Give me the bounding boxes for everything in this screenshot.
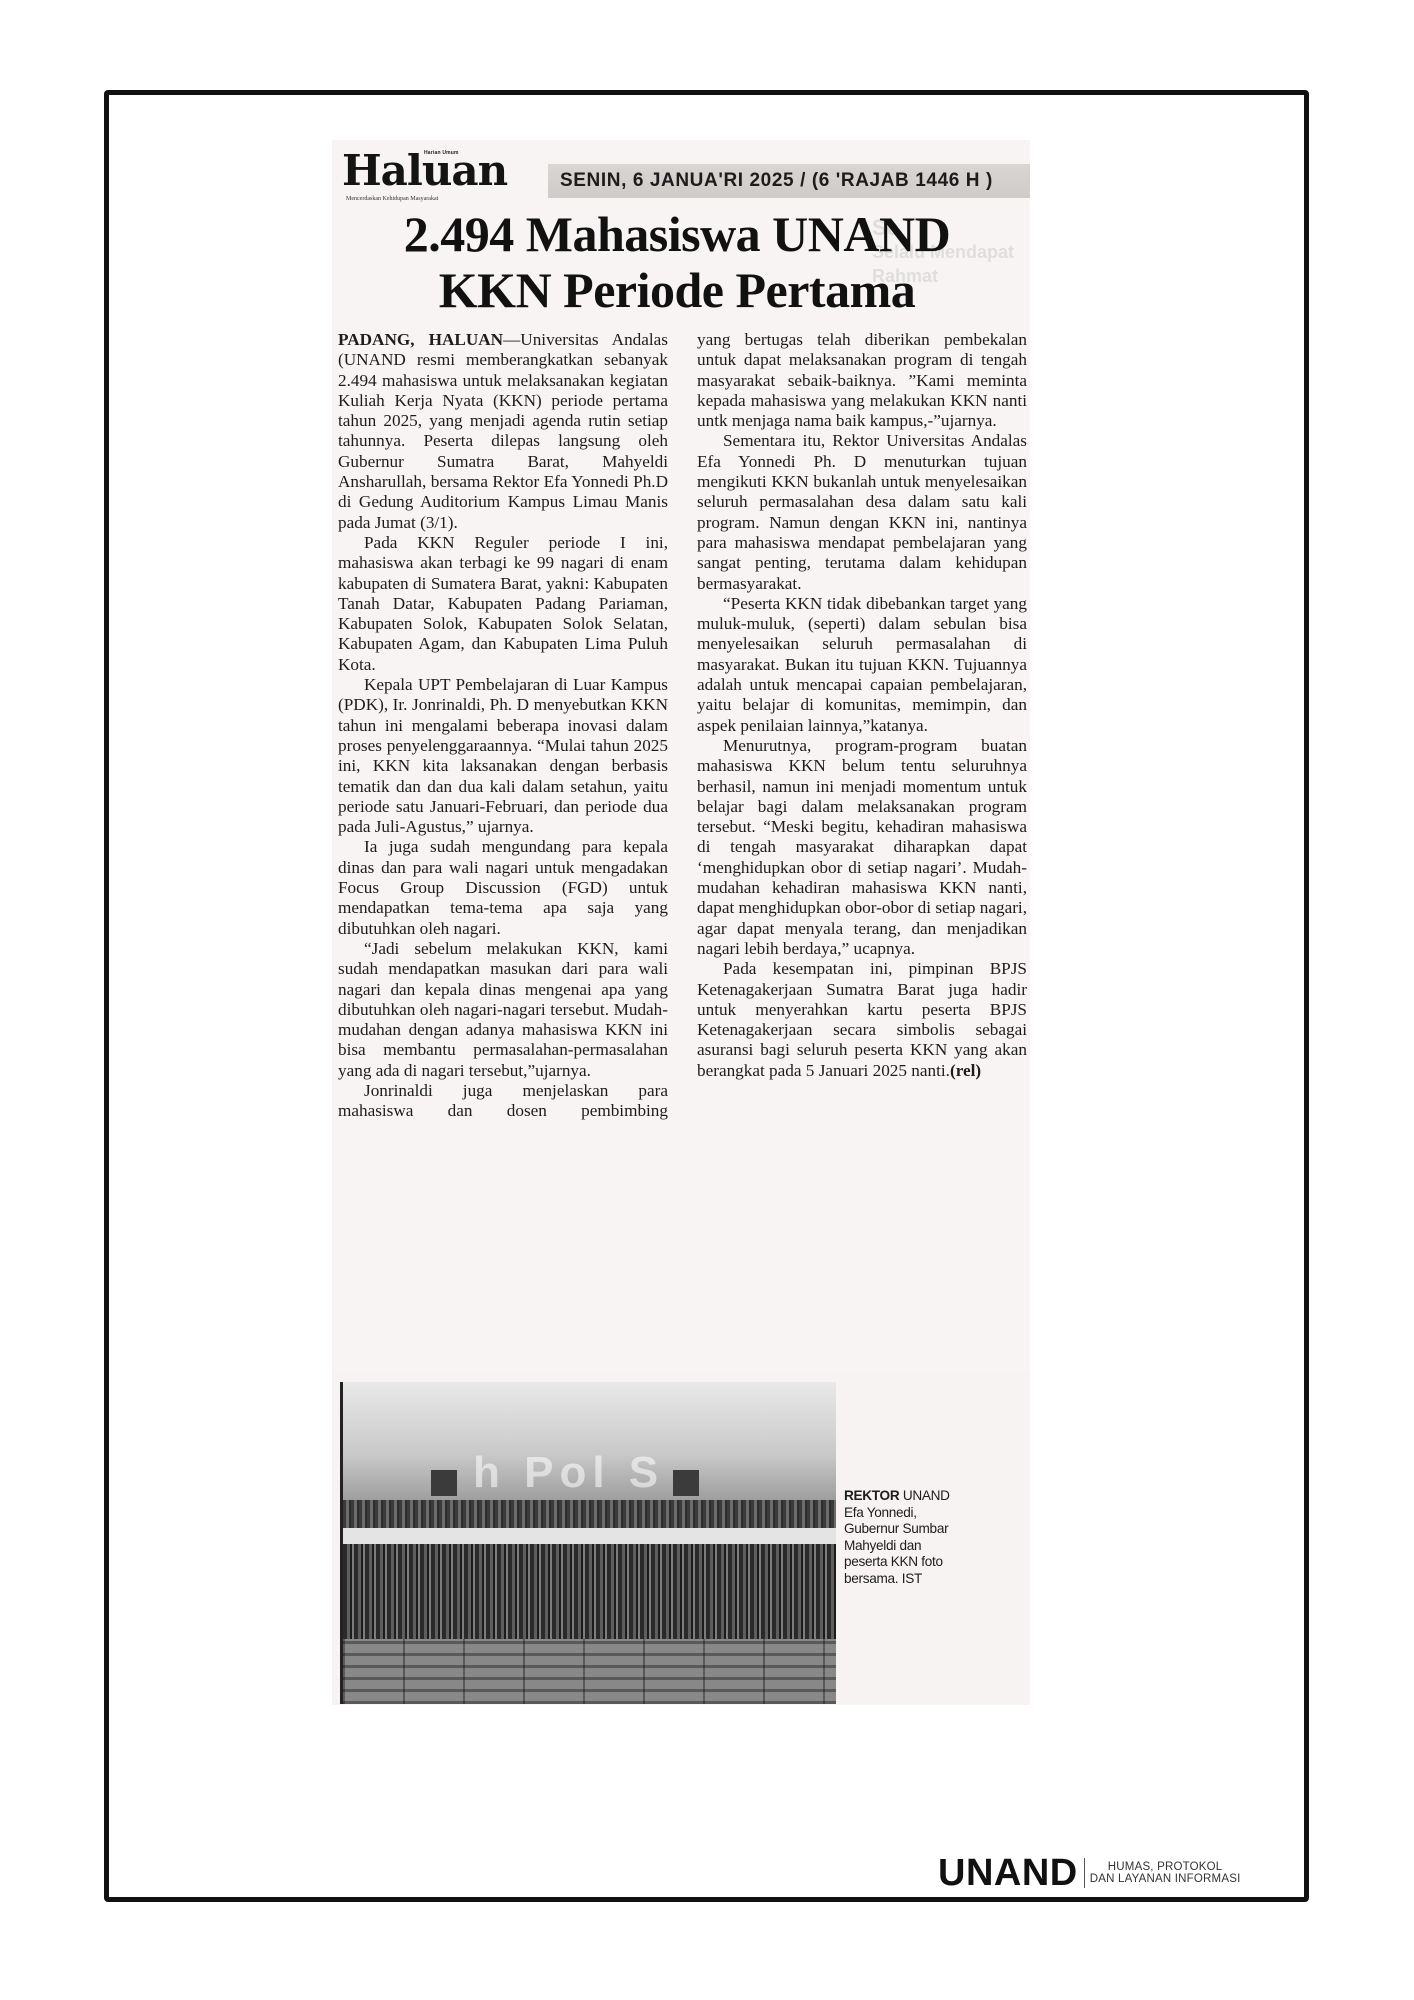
department-line-2: DAN LAYANAN INFORMASI [1090,1873,1241,1885]
article-paragraph: Menurutnya, program-program buatan mahas… [697,736,1027,959]
photo-window [673,1470,699,1496]
article-paragraph: Pada KKN Reguler periode I ini, mahasisw… [338,533,668,675]
photo-floor [343,1639,836,1704]
department-name: HUMAS, PROTOKOL DAN LAYANAN INFORMASI [1090,1861,1241,1885]
caption-lead: REKTOR [844,1488,899,1503]
article-paragraph: yang bertugas telah diberikan pem­bekala… [697,330,1027,431]
newspaper-clipping: Se Selalu Mendapat Rahmat Haluan Harian … [332,140,1030,1705]
issue-date-band: SENIN, 6 JANUA'RI 2025 / (6 'RAJAB 1446 … [548,164,1030,198]
logo-tagline: Mencerdaskan Kehidupan Masyarakat [346,196,438,202]
article-paragraph: Kepala UPT Pembelajaran di Luar Kampus (… [338,675,668,837]
article-paragraph: “Jadi sebelum melakukan KKN, kami sudah … [338,939,668,1081]
photo-caption: REKTOR UNAND Ef­a Yonnedi, Gubernur Sumb… [844,1488,964,1588]
article-paragraph: Ia juga sudah mengundang para kepala din… [338,837,668,938]
footer-brand: UNAND HUMAS, PROTOKOL DAN LAYANAN INFORM… [938,1853,1240,1893]
article-column-left: PADANG, HALUAN—Universitas Andalas (UNAN… [338,330,668,1122]
unand-logo-text: UNAND [938,1853,1078,1893]
article-headline: 2.494 Mahasiswa UNAND KKN Periode Pertam… [332,206,1022,318]
masthead: Haluan Harian Umum Mencerdaskan Kehidupa… [340,144,1030,206]
photo-crowd [343,1544,836,1639]
article-photo: h Pol S [340,1382,836,1704]
newspaper-logo: Haluan Harian Umum Mencerdaskan Kehidupa… [342,148,502,208]
article-paragraph: PADANG, HALUAN—Universitas Andalas (UNAN… [338,330,668,533]
article-paragraph: Jonrinaldi juga menjelaskan para mahasis… [338,1081,668,1122]
article-column-right: yang bertugas telah diberikan pem­bekala… [697,330,1027,1081]
photo-balcony-crowd [343,1500,836,1528]
department-line-1: HUMAS, PROTOKOL [1090,1861,1241,1873]
article-signoff: (rel) [950,1061,981,1080]
article-paragraph: Pada kesempatan ini, pimpinan BPJS Keten… [697,959,1027,1081]
photo-balcony-rail [343,1528,836,1544]
headline-line-1: 2.494 Mahasiswa UNAND [332,206,1022,262]
footer-divider [1084,1858,1085,1888]
article-paragraph: “Peserta KKN tidak dibebankan target yan… [697,594,1027,736]
logo-kicker: Harian Umum [424,150,459,156]
photo-banner-text: h Pol S [473,1448,664,1498]
article-paragraph: Sementara itu, Rektor Universitas Andala… [697,431,1027,593]
photo-window [431,1470,457,1496]
headline-line-2: KKN Periode Pertama [332,262,1022,318]
article-dateline: PADANG, HALUAN [338,330,503,349]
